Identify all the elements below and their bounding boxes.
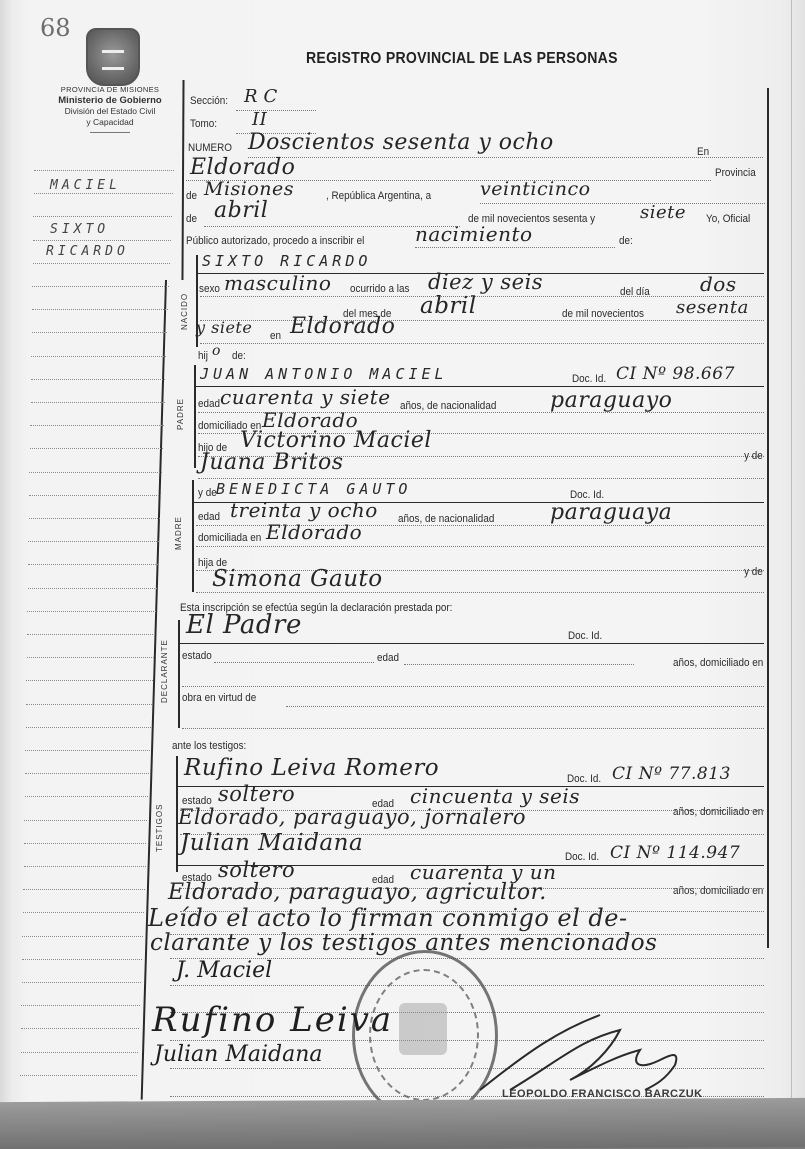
hour-value: diez y seis bbox=[428, 270, 543, 294]
margin-ruled-line bbox=[27, 634, 155, 635]
margin-given-name-2: RICARDO bbox=[46, 244, 129, 259]
padre-y-de-label: y de bbox=[744, 450, 763, 462]
institution-division: División del Estado Civil bbox=[30, 106, 190, 117]
margin-given-name-1: SIXTO bbox=[50, 222, 109, 237]
padre-mother-line bbox=[198, 478, 764, 479]
declarante-doc-label: Doc. Id. bbox=[568, 630, 602, 642]
witness-2-signature: Julian Maidana bbox=[154, 1042, 323, 1067]
witness-2-domicilio-label: años, domiciliado en bbox=[673, 885, 763, 897]
margin-ruled-line bbox=[34, 170, 174, 171]
mes-line bbox=[200, 320, 764, 321]
day-line bbox=[480, 203, 765, 204]
madre-domicilio-label: domiciliada en bbox=[198, 532, 261, 544]
margin-ruled-line bbox=[24, 820, 147, 821]
seccion-line bbox=[236, 110, 316, 111]
declarante-bracket bbox=[178, 620, 180, 728]
witness-2-doc-label: Doc. Id. bbox=[565, 851, 599, 863]
margin-ruled-line bbox=[28, 564, 158, 565]
madre-bracket bbox=[192, 480, 194, 592]
oficial-label: Yo, Oficial bbox=[706, 213, 750, 225]
hijo-label: hij bbox=[198, 350, 208, 362]
left-border-line bbox=[181, 80, 184, 280]
margin-ruled-line bbox=[33, 240, 171, 241]
institution-block: PROVINCIA DE MISIONES Ministerio de Gobi… bbox=[30, 84, 190, 133]
year-value: siete bbox=[640, 202, 686, 223]
nacido-day-value: dos bbox=[700, 272, 737, 296]
margin-ruled-line bbox=[25, 773, 149, 774]
declarante-obra-line-2 bbox=[182, 728, 764, 729]
margin-ruled-line bbox=[22, 959, 142, 960]
margin-ruled-line bbox=[33, 216, 172, 217]
provincia-label: Provincia bbox=[715, 167, 756, 179]
margin-ruled-line bbox=[27, 657, 154, 658]
margin-ruled-line bbox=[30, 425, 163, 426]
testigos-intro: ante los testigos: bbox=[172, 740, 246, 752]
madre-edad-value: treinta y ocho bbox=[230, 498, 378, 522]
madre-domicilio-line bbox=[196, 546, 764, 547]
madre-mother-value: Simona Gauto bbox=[212, 566, 383, 592]
margin-ruled-line bbox=[30, 448, 163, 449]
nacido-name-value: SIXTO RICARDO bbox=[202, 252, 371, 270]
declarante-estado-line bbox=[214, 662, 374, 663]
madre-y-de-label-2: y de bbox=[744, 566, 763, 578]
margin-ruled-line bbox=[21, 1005, 139, 1006]
closing-line-1: Leído el acto lo firman conmigo el de- bbox=[148, 904, 628, 932]
madre-nacionalidad-label: años, de nacionalidad bbox=[398, 513, 494, 525]
testigos-section-label: TESTIGOS bbox=[155, 804, 164, 852]
scan-background bbox=[0, 1098, 805, 1149]
divider bbox=[90, 132, 130, 133]
padre-edad-label: edad bbox=[198, 398, 220, 410]
madre-name-value: BENEDICTA GAUTO bbox=[216, 480, 411, 498]
witness-1-name: Rufino Leiva Romero bbox=[184, 755, 439, 781]
declarante-obra-line bbox=[286, 706, 764, 707]
numero-label: NUMERO bbox=[188, 142, 232, 154]
padre-section-label: PADRE bbox=[176, 398, 185, 430]
nacido-year-value-1: sesenta bbox=[676, 297, 749, 318]
institution-province: PROVINCIA DE MISIONES bbox=[30, 84, 190, 95]
declarante-edad-label: edad bbox=[377, 652, 399, 664]
declarante-domicilio-line bbox=[182, 686, 764, 687]
margin-ruled-line bbox=[26, 727, 152, 728]
witness-2-name: Julian Maidana bbox=[180, 830, 363, 856]
madre-mother-line bbox=[196, 592, 764, 593]
padre-doc-label: Doc. Id. bbox=[572, 373, 606, 385]
margin-ruled-line bbox=[26, 704, 152, 705]
seccion-label: Sección: bbox=[190, 95, 228, 107]
nacido-place-value: Eldorado bbox=[290, 314, 395, 339]
margin-surname: MACIEL bbox=[50, 178, 121, 193]
witness-1-domicilio-value: Eldorado, paraguayo, jornalero bbox=[178, 805, 526, 829]
day-value: veinticinco bbox=[480, 178, 591, 200]
tomo-value: II bbox=[252, 109, 267, 130]
madre-y-de-label: y de bbox=[198, 487, 217, 499]
sexo-label: sexo bbox=[199, 283, 220, 295]
declarante-estado-label: estado bbox=[182, 650, 212, 662]
padre-mother-value: Juana Britos bbox=[200, 450, 343, 475]
margin-ruled-line bbox=[31, 356, 166, 357]
margin-ruled-line bbox=[21, 1028, 139, 1029]
witness-2-domicilio-value: Eldorado, paraguayo, agricultor. bbox=[168, 880, 547, 905]
declarante-name-value: El Padre bbox=[186, 610, 302, 640]
margin-ruled-line bbox=[21, 1052, 138, 1053]
declarante-edad-line bbox=[404, 664, 634, 665]
madre-nacionalidad-value: paraguaya bbox=[550, 500, 672, 525]
padre-nacionalidad-label: años, de nacionalidad bbox=[400, 400, 496, 412]
margin-ruled-line bbox=[32, 309, 168, 310]
nacido-place-line bbox=[200, 343, 764, 344]
right-border-line bbox=[767, 88, 769, 948]
declarante-signature: J. Maciel bbox=[176, 958, 272, 983]
margin-ruled-line bbox=[29, 518, 160, 519]
margin-ruled-line bbox=[28, 541, 158, 542]
margin-ruled-line bbox=[22, 982, 141, 983]
province-value: Misiones bbox=[204, 178, 294, 200]
margin-ruled-line bbox=[28, 588, 157, 589]
madre-edad-label: edad bbox=[198, 511, 220, 523]
margin-ruled-line bbox=[29, 495, 161, 496]
witness-2-doc-value: CI Nº 114.947 bbox=[610, 843, 740, 863]
de-label: de bbox=[186, 190, 197, 202]
nacido-section-label: NACIDO bbox=[180, 293, 189, 330]
margin-ruled-line bbox=[22, 936, 142, 937]
mil-label: de mil novecientos bbox=[562, 308, 644, 320]
declarante-section-label: DECLARANTE bbox=[160, 639, 169, 703]
tomo-label: Tomo: bbox=[190, 118, 217, 130]
certificate-page: 68 REGISTRO PROVINCIAL DE LAS PERSONAS P… bbox=[0, 0, 805, 1110]
margin-ruled-line bbox=[26, 680, 153, 681]
de3-label: de: bbox=[619, 235, 633, 247]
hijo-de-label: de: bbox=[232, 350, 246, 362]
nacido-month-value: abril bbox=[420, 293, 477, 319]
numero-line bbox=[248, 157, 763, 158]
nacido-en-label: en bbox=[270, 330, 281, 342]
margin-ruled-line bbox=[31, 402, 165, 403]
margin-ruled-line bbox=[31, 379, 166, 380]
madre-domicilio-value: Eldorado bbox=[266, 520, 362, 544]
closing-line-2: clarante y los testigos antes mencionado… bbox=[150, 930, 657, 956]
padre-edad-value: cuarenta y siete bbox=[220, 385, 391, 409]
margin-ruled-line bbox=[27, 611, 156, 612]
act-value: nacimiento bbox=[415, 222, 533, 246]
padre-doc-value: CI Nº 98.667 bbox=[616, 364, 735, 384]
margin-ruled-line bbox=[24, 866, 146, 867]
hijo-suffix: o bbox=[212, 343, 221, 359]
declarante-domicilio-label: años, domiciliado en bbox=[673, 657, 763, 669]
declarante-obra-label: obra en virtud de bbox=[182, 692, 256, 704]
numero-value: Doscientos sesenta y ocho bbox=[248, 130, 554, 155]
witness-1-estado-value: soltero bbox=[218, 782, 295, 806]
padre-bracket bbox=[194, 365, 196, 468]
declarante-name-line bbox=[180, 643, 764, 644]
place-value: Eldorado bbox=[190, 155, 295, 180]
publico-label: Público autorizado, procedo a inscribir … bbox=[186, 235, 364, 247]
margin-ruled-line bbox=[32, 332, 168, 333]
nacido-year-value-2: y siete bbox=[196, 318, 252, 337]
month-value: abril bbox=[214, 198, 268, 223]
margin-ruled-line bbox=[23, 889, 144, 890]
margin-ruled-line bbox=[25, 750, 150, 751]
ocurrido-label: ocurrido a las bbox=[350, 283, 409, 295]
official-signature-icon bbox=[470, 1010, 710, 1100]
institution-capacity: y Capacidad bbox=[30, 117, 190, 128]
coat-of-arms-icon bbox=[86, 28, 140, 86]
margin-ruled-line bbox=[29, 472, 161, 473]
margin-ruled-line bbox=[25, 796, 149, 797]
margin-ruled-line bbox=[20, 1075, 137, 1076]
witness-1-domicilio-label: años, domiciliado en bbox=[673, 806, 763, 818]
margin-ruled-line bbox=[23, 912, 144, 913]
sexo-value: masculino bbox=[224, 271, 331, 295]
margin-ruled-line bbox=[34, 193, 173, 194]
madre-section-label: MADRE bbox=[174, 516, 183, 550]
witness-1-signature: Rufino Leiva bbox=[152, 1000, 393, 1040]
padre-nacionalidad-value: paraguayo bbox=[550, 388, 672, 413]
seccion-value: RC bbox=[244, 86, 283, 107]
outer-edge-line bbox=[791, 0, 792, 1100]
de2-label: de bbox=[186, 213, 197, 225]
margin-ruled-line bbox=[24, 843, 147, 844]
witness-2-estado-value: soltero bbox=[218, 858, 295, 882]
document-title: REGISTRO PROVINCIAL DE LAS PERSONAS bbox=[306, 50, 618, 68]
margin-ruled-line bbox=[32, 286, 169, 287]
republica-label: , República Argentina, a bbox=[326, 190, 431, 202]
act-line bbox=[415, 247, 615, 248]
margin-ruled-line bbox=[33, 263, 171, 264]
institution-ministry: Ministerio de Gobierno bbox=[30, 95, 190, 106]
witness-1-doc-value: CI Nº 77.813 bbox=[612, 764, 731, 784]
padre-name-value: JUAN ANTONIO MACIEL bbox=[200, 365, 448, 383]
page-number: 68 bbox=[40, 14, 71, 42]
